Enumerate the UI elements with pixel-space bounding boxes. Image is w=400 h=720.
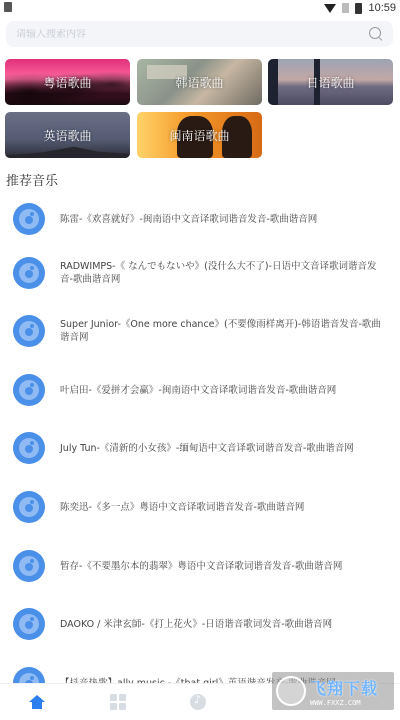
nav-home[interactable] <box>25 690 49 714</box>
nav-music[interactable] <box>186 690 210 714</box>
list-item[interactable]: 陈奕迅-《多一点》粤语中文音译歌词谐音发音-歌曲谐音网 <box>0 478 400 536</box>
status-time: 10:59 <box>368 2 396 14</box>
music-disc-icon <box>13 374 45 406</box>
battery-icon <box>355 3 362 14</box>
status-bar: 10:59 <box>0 0 400 16</box>
notification-icon <box>4 2 12 12</box>
song-title: 陈雷-《欢喜就好》-闽南语中文音译歌词谐音发音-歌曲谐音网 <box>60 213 388 226</box>
search-bar[interactable] <box>6 21 393 47</box>
song-title: DAOKO / 米津玄師-《打上花火》-日语谐音歌词发音-歌曲谐音网 <box>60 618 388 631</box>
watermark: 飞翔下载 WWW.FXXZ.COM <box>272 672 394 710</box>
song-title: 叶启田-《爱拼才会赢》-闽南语中文音译歌词谐音发音-歌曲谐音网 <box>60 384 388 397</box>
watermark-title: 飞翔下载 <box>310 676 378 699</box>
category-korean[interactable]: 韩语歌曲 <box>137 59 262 105</box>
music-disc-icon <box>13 550 45 582</box>
list-item[interactable]: RADWIMPS-《 なんでもないや》(没什么大不了)-日语中文音译歌词谐音发音… <box>0 244 400 302</box>
list-item[interactable]: 陈雷-《欢喜就好》-闽南语中文音译歌词谐音发音-歌曲谐音网 <box>0 190 400 248</box>
nav-categories[interactable] <box>106 690 130 714</box>
grid-icon <box>110 694 126 710</box>
watermark-logo-icon <box>276 676 306 706</box>
category-label: 闽南语歌曲 <box>169 127 229 144</box>
music-disc-icon <box>13 257 45 289</box>
category-english[interactable]: 英语歌曲 <box>5 112 130 158</box>
music-disc-icon <box>13 491 45 523</box>
list-item[interactable]: Super Junior-《One more chance》(不要像雨样离开)-… <box>0 302 400 360</box>
list-item[interactable]: 暂存-《不要墨尔本的翡翠》粤语中文音译歌词谐音发音-歌曲谐音网 <box>0 537 400 595</box>
category-label: 韩语歌曲 <box>175 74 223 91</box>
music-disc-icon <box>13 203 45 235</box>
list-item[interactable]: DAOKO / 米津玄師-《打上花火》-日语谐音歌词发音-歌曲谐音网 <box>0 595 400 653</box>
category-minnan[interactable]: 闽南语歌曲 <box>137 112 262 158</box>
category-label: 英语歌曲 <box>43 127 91 144</box>
song-title: 陈奕迅-《多一点》粤语中文音译歌词谐音发音-歌曲谐音网 <box>60 501 388 514</box>
status-icons: 10:59 <box>324 0 396 16</box>
category-japanese[interactable]: 日语歌曲 <box>268 59 393 105</box>
wifi-icon <box>324 4 336 13</box>
watermark-url: WWW.FXXZ.COM <box>310 699 378 707</box>
music-disc-icon <box>13 315 45 347</box>
search-icon[interactable] <box>369 27 383 41</box>
category-cantonese[interactable]: 粤语歌曲 <box>5 59 130 105</box>
music-disc-icon <box>13 608 45 640</box>
category-label: 日语歌曲 <box>306 74 354 91</box>
category-label: 粤语歌曲 <box>43 74 91 91</box>
home-icon <box>29 695 45 709</box>
section-title: 推荐音乐 <box>6 170 58 189</box>
song-title: Super Junior-《One more chance》(不要像雨样离开)-… <box>60 318 388 344</box>
song-title: 暂存-《不要墨尔本的翡翠》粤语中文音译歌词谐音发音-歌曲谐音网 <box>60 560 388 573</box>
list-item[interactable]: 叶启田-《爱拼才会赢》-闽南语中文音译歌词谐音发音-歌曲谐音网 <box>0 361 400 419</box>
song-title: July Tun-《清新的小女孩》-缅甸语中文音译歌词谐音发音-歌曲谐音网 <box>60 442 388 455</box>
list-item[interactable]: July Tun-《清新的小女孩》-缅甸语中文音译歌词谐音发音-歌曲谐音网 <box>0 419 400 477</box>
song-title: RADWIMPS-《 なんでもないや》(没什么大不了)-日语中文音译歌词谐音发音… <box>60 260 388 286</box>
music-disc-icon <box>13 432 45 464</box>
sim-icon <box>342 3 349 13</box>
search-input[interactable] <box>16 29 369 40</box>
music-icon <box>190 694 206 710</box>
